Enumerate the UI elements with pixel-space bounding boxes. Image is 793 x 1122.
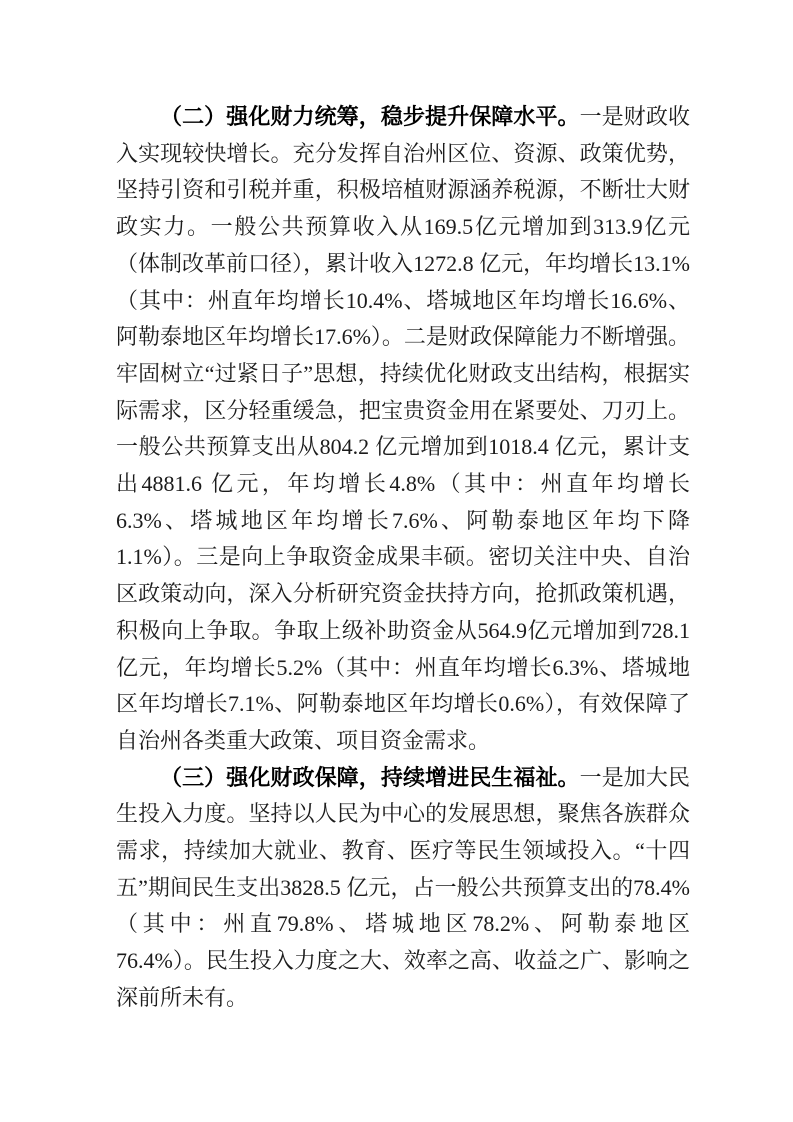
- paragraph-heading: （三）强化财政保障，持续增进民生福祉。: [160, 765, 580, 790]
- text-block: （二）强化财力统筹，稳步提升保障水平。一是财政收入实现较快增长。充分发挥自治州区…: [116, 99, 690, 1017]
- paragraph-body: 一是财政收入实现较快增长。充分发挥自治州区位、资源、政策优势，坚持引资和引税并重…: [116, 104, 690, 753]
- paragraph-heading: （二）强化财力统筹，稳步提升保障水平。: [160, 104, 580, 129]
- document-page: （二）强化财力统筹，稳步提升保障水平。一是财政收入实现较快增长。充分发挥自治州区…: [0, 0, 793, 1122]
- paragraph-body: 一是加大民生投入力度。坚持以人民为中心的发展思想，聚焦各族群众需求，持续加大就业…: [116, 765, 690, 1010]
- paragraph: （二）强化财力统筹，稳步提升保障水平。一是财政收入实现较快增长。充分发挥自治州区…: [116, 99, 690, 760]
- paragraph: （三）强化财政保障，持续增进民生福祉。一是加大民生投入力度。坚持以人民为中心的发…: [116, 760, 690, 1017]
